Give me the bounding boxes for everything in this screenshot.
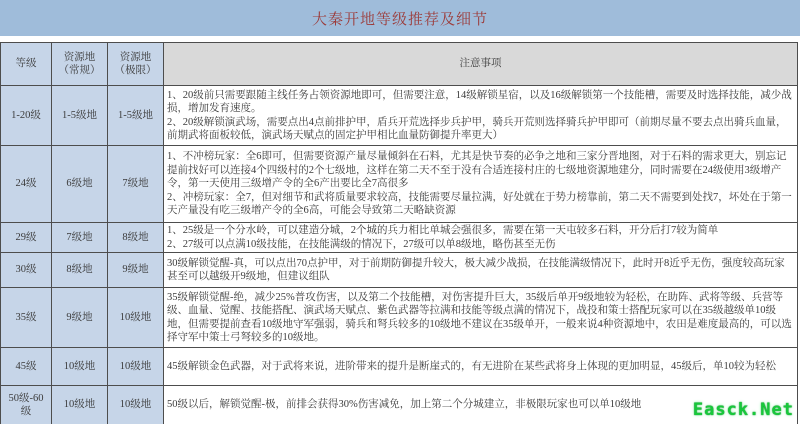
col-header-notes: 注意事项 <box>164 43 798 86</box>
notes-cell: 45级解锁金色武器，对于武将来说，进阶带来的提升是断崖式的，有无进阶在某些武将身… <box>164 348 798 386</box>
notes-cell: 1、不冲榜玩家：全6即可，但需要资源产量尽量倾斜在石料，尤其是快节奏的必争之地和… <box>164 146 798 223</box>
regular-land-cell: 9级地 <box>52 288 108 348</box>
level-cell: 50级-60级 <box>1 386 52 424</box>
table-row: 1-20级 1-5级地 1-5级地 1、20级前只需要跟随主线任务占领资源地即可… <box>1 86 798 146</box>
table-row: 29级 7级地 8级地 1、25级是一个分水岭，可以建造分城，2个城的兵力相比单… <box>1 223 798 253</box>
extreme-land-cell: 10级地 <box>108 348 164 386</box>
level-cell: 24级 <box>1 146 52 223</box>
level-table: 等级 资源地 （常规） 资源地 （极限） 注意事项 1-20级 1-5级地 1-… <box>0 42 798 424</box>
notes-cell: 30级解锁觉醒-真，可以点出70点护甲，对于前期防御提升较大，极大减少战损，在技… <box>164 253 798 288</box>
level-cell: 30级 <box>1 253 52 288</box>
table-row: 30级 8级地 9级地 30级解锁觉醒-真，可以点出70点护甲，对于前期防御提升… <box>1 253 798 288</box>
regular-land-cell: 10级地 <box>52 348 108 386</box>
table-header-row: 等级 资源地 （常规） 资源地 （极限） 注意事项 <box>1 43 798 86</box>
level-cell: 35级 <box>1 288 52 348</box>
watermark: Easck.Net <box>693 400 794 420</box>
extreme-land-cell: 9级地 <box>108 253 164 288</box>
col-header-level: 等级 <box>1 43 52 86</box>
notes-cell: 1、25级是一个分水岭，可以建造分城，2个城的兵力相比单城会强很多，需要在第一天… <box>164 223 798 253</box>
notes-cell: 35级解锁觉醒-绝，减少25%普攻伤害，以及第二个技能槽，对伤害提升巨大，35级… <box>164 288 798 348</box>
table-row: 24级 6级地 7级地 1、不冲榜玩家：全6即可，但需要资源产量尽量倾斜在石料，… <box>1 146 798 223</box>
table-row: 35级 9级地 10级地 35级解锁觉醒-绝，减少25%普攻伤害，以及第二个技能… <box>1 288 798 348</box>
regular-land-cell: 8级地 <box>52 253 108 288</box>
regular-land-cell: 1-5级地 <box>52 86 108 146</box>
table-row: 45级 10级地 10级地 45级解锁金色武器，对于武将来说，进阶带来的提升是断… <box>1 348 798 386</box>
table-row: 50级-60级 10级地 10级地 50级以后，解锁觉醒-极，前排会获得30%伤… <box>1 386 798 424</box>
extreme-land-cell: 7级地 <box>108 146 164 223</box>
extreme-land-cell: 8级地 <box>108 223 164 253</box>
level-cell: 29级 <box>1 223 52 253</box>
regular-land-cell: 6级地 <box>52 146 108 223</box>
extreme-land-cell: 10级地 <box>108 386 164 424</box>
extreme-land-cell: 1-5级地 <box>108 86 164 146</box>
level-cell: 45级 <box>1 348 52 386</box>
extreme-land-cell: 10级地 <box>108 288 164 348</box>
col-header-extreme: 资源地 （极限） <box>108 43 164 86</box>
col-header-regular: 资源地 （常规） <box>52 43 108 86</box>
regular-land-cell: 7级地 <box>52 223 108 253</box>
notes-cell: 1、20级前只需要跟随主线任务占领资源地即可，但需要注意，14级解锁星宿，以及1… <box>164 86 798 146</box>
regular-land-cell: 10级地 <box>52 386 108 424</box>
page-title: 大秦开地等级推荐及细节 <box>312 8 488 29</box>
level-cell: 1-20级 <box>1 86 52 146</box>
title-band: 大秦开地等级推荐及细节 <box>0 0 800 36</box>
